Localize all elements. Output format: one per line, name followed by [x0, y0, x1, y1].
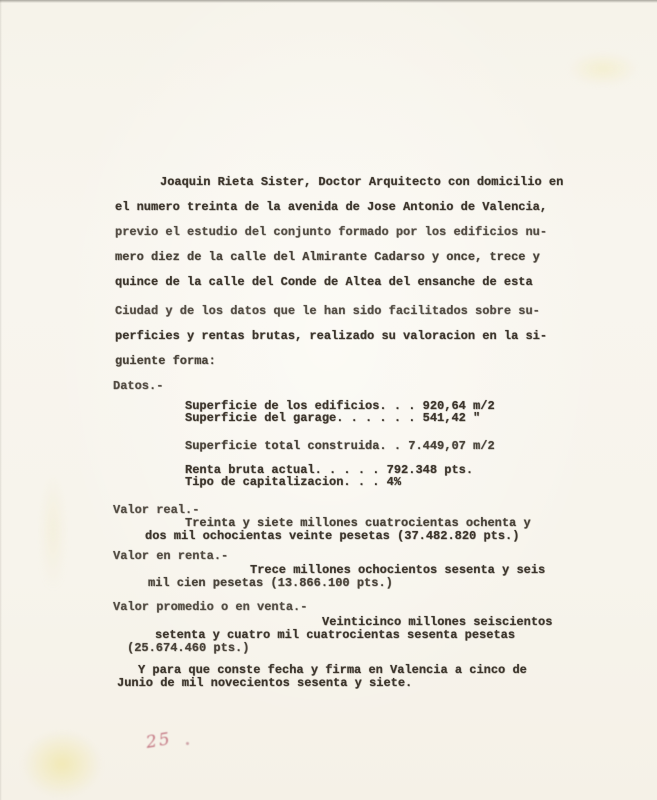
- text-line: Junio de mil novecientos sesenta y siete…: [117, 677, 412, 690]
- text-line: (25.674.460 pts.): [127, 642, 249, 655]
- text-line: Datos.-: [113, 380, 163, 393]
- text-line: guiente forma:: [115, 355, 216, 368]
- text-line: Superficie total construida. . 7.449,07 …: [185, 440, 495, 453]
- text-line: previo el estudio del conjunto formado p…: [115, 226, 547, 239]
- text-line: el numero treinta de la avenida de Jose …: [115, 201, 547, 214]
- text-line: Superficie del garage. . . . . . 541,42 …: [185, 412, 480, 425]
- text-line: Tipo de capitalizacion. . . 4%: [185, 476, 401, 489]
- text-line: Ciudad y de los datos que le han sido fa…: [115, 305, 540, 318]
- text-line: Joaquin Rieta Sister, Doctor Arquitecto …: [160, 176, 563, 189]
- typewritten-text-layer: Joaquin Rieta Sister, Doctor Arquitecto …: [0, 0, 657, 800]
- text-line: quince de la calle del Conde de Altea de…: [115, 276, 533, 289]
- text-line: mero diez de la calle del Almirante Cada…: [115, 251, 540, 264]
- text-line: perficies y rentas brutas, realizado su …: [115, 330, 547, 343]
- text-line: Valor en renta.-: [113, 550, 228, 563]
- text-line: Valor promedio o en venta.-: [113, 601, 307, 614]
- handwritten-page-number: 25: [145, 729, 173, 753]
- text-line: dos mil ochocientas veinte pesetas (37.4…: [145, 530, 519, 543]
- text-line: mil cien pesetas (13.866.100 pts.): [148, 577, 393, 590]
- ink-speck: [186, 742, 189, 745]
- document-page: Joaquin Rieta Sister, Doctor Arquitecto …: [0, 0, 657, 800]
